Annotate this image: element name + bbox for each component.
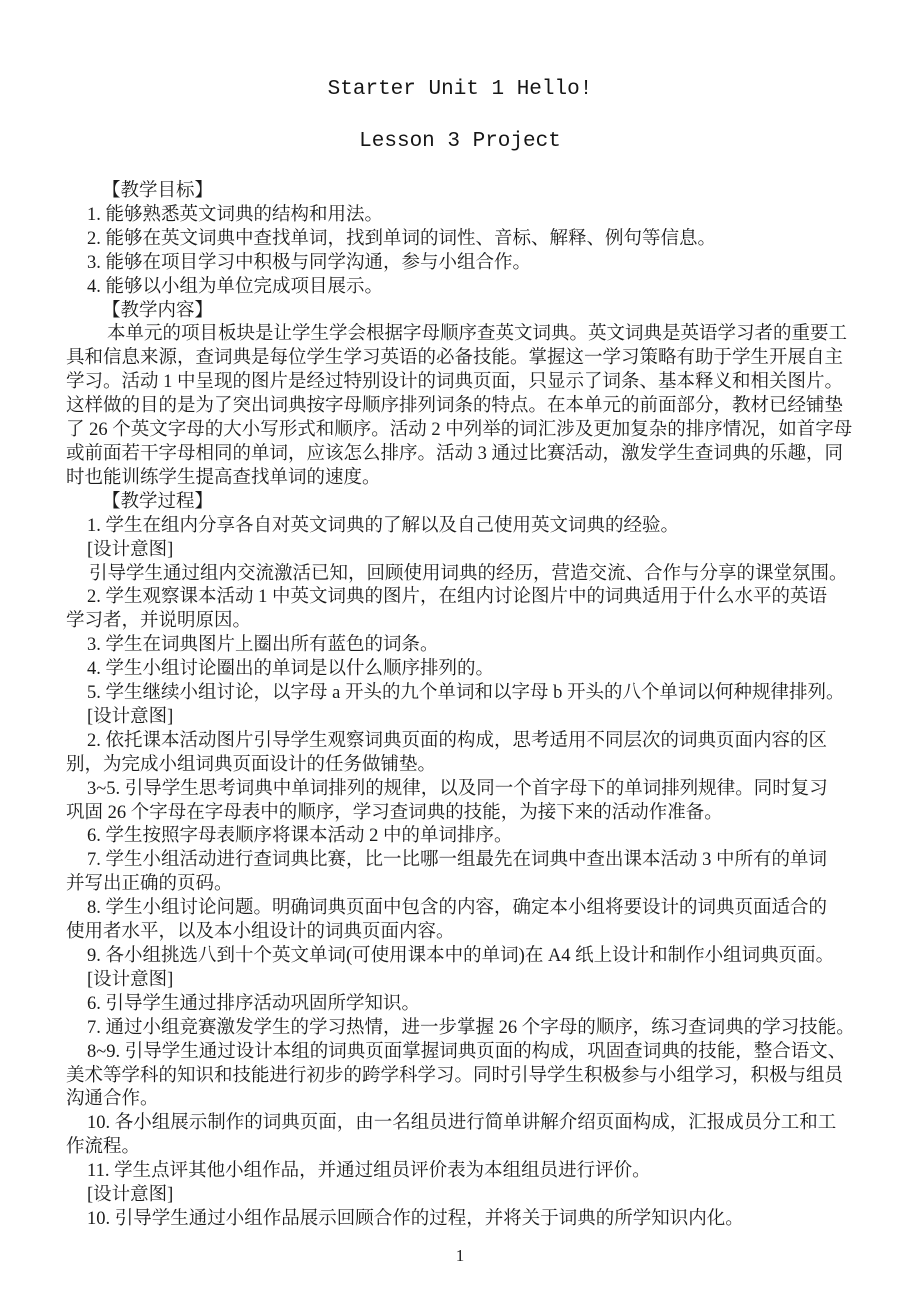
text-paragraph: 1. 学生在组内分享各自对英文词典的了解以及自己使用英文词典的经验。 — [66, 515, 866, 539]
text-paragraph: 6. 学生按照字母表顺序将课本活动 2 中的单词排序。 — [66, 825, 866, 849]
text-paragraph: 5. 学生继续小组讨论，以字母 a 开头的九个单词和以字母 b 开头的八个单词以… — [66, 682, 866, 706]
text-paragraph: 10. 引导学生通过小组作品展示回顾合作的过程，并将关于词典的所学知识内化。 — [66, 1208, 866, 1232]
document-page: Starter Unit 1 Hello! Lesson 3 Project 【… — [0, 0, 920, 1302]
text-paragraph: 11. 学生点评其他小组作品，并通过组员评价表为本组组员进行评价。 — [66, 1160, 866, 1184]
text-paragraph: 2. 能够在英文词典中查找单词，找到单词的词性、音标、解释、例句等信息。 — [66, 228, 866, 252]
design-intent-label: [设计意图] — [66, 969, 866, 993]
document-body: 【教学目标】1. 能够熟悉英文词典的结构和用法。2. 能够在英文词典中查找单词，… — [66, 180, 866, 1232]
text-paragraph: 3. 能够在项目学习中积极与同学沟通，参与小组合作。 — [66, 252, 866, 276]
design-intent-label: [设计意图] — [66, 539, 866, 563]
text-paragraph: 3. 学生在词典图片上圈出所有蓝色的词条。 — [66, 634, 866, 658]
text-paragraph: 2. 学生观察课本活动 1 中英文词典的图片，在组内讨论图片中的词典适用于什么水… — [66, 586, 866, 634]
text-paragraph: 10. 各小组展示制作的词典页面，由一名组员进行简单讲解介绍页面构成，汇报成员分… — [66, 1112, 866, 1160]
text-paragraph: 2. 依托课本活动图片引导学生观察词典页面的构成，思考适用不同层次的词典页面内容… — [66, 730, 866, 778]
design-intent-label: [设计意图] — [66, 1184, 866, 1208]
text-paragraph: 9. 各小组挑选八到十个英文单词(可使用课本中的单词)在 A4 纸上设计和制作小… — [66, 945, 866, 969]
section-heading: 【教学内容】 — [66, 300, 866, 324]
text-paragraph: 6. 引导学生通过排序活动巩固所学知识。 — [66, 993, 866, 1017]
text-paragraph: 3~5. 引导学生思考词典中单词排列的规律，以及同一个首字母下的单词排列规律。同… — [66, 778, 866, 826]
text-paragraph: 8~9. 引导学生通过设计本组的词典页面掌握词典页面的构成，巩固查词典的技能，整… — [66, 1041, 866, 1113]
text-paragraph: 4. 能够以小组为单位完成项目展示。 — [66, 276, 866, 300]
text-paragraph: 8. 学生小组讨论问题。明确词典页面中包含的内容，确定本小组将要设计的词典页面适… — [66, 897, 866, 945]
document-subtitle: Lesson 3 Project — [0, 129, 920, 155]
document-title: Starter Unit 1 Hello! — [0, 0, 920, 103]
text-paragraph: 7. 通过小组竞赛激发学生的学习热情，进一步掌握 26 个字母的顺序，练习查词典… — [66, 1017, 866, 1041]
section-heading: 【教学过程】 — [66, 491, 866, 515]
text-paragraph: 1. 能够熟悉英文词典的结构和用法。 — [66, 204, 866, 228]
design-intent-label: [设计意图] — [66, 706, 866, 730]
section-heading: 【教学目标】 — [66, 180, 866, 204]
page-number: 1 — [0, 1246, 920, 1266]
text-paragraph: 本单元的项目板块是让学生学会根据字母顺序查英文词典。英文词典是英语学习者的重要工… — [66, 323, 866, 490]
text-paragraph: 4. 学生小组讨论圈出的单词是以什么顺序排列的。 — [66, 658, 866, 682]
text-paragraph: 引导学生通过组内交流激活已知，回顾使用词典的经历，营造交流、合作与分享的课堂氛围… — [66, 563, 866, 587]
text-paragraph: 7. 学生小组活动进行查词典比赛，比一比哪一组最先在词典中查出课本活动 3 中所… — [66, 849, 866, 897]
